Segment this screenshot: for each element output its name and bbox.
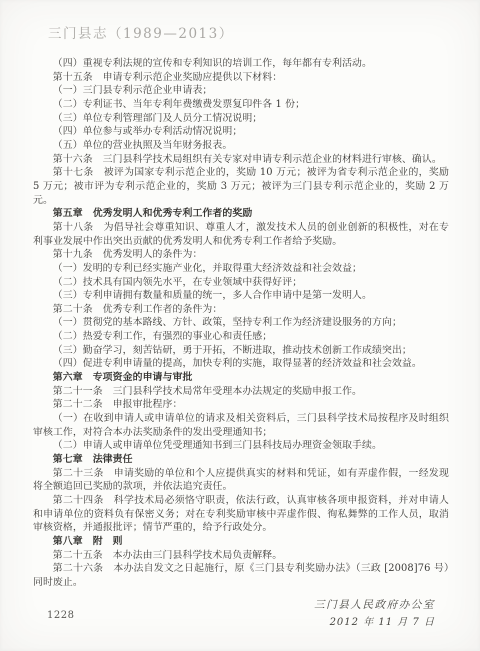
paragraph: （一）在收到申请人或申请单位的请求及相关资料后，三门县科学技术局按程序及时组织审…	[33, 412, 449, 439]
paragraph: （三）专利申请拥有数量和质量的统一，多人合作申请中是第一发明人。	[33, 289, 449, 303]
document-body: （四）重视专利法规的宣传和专利知识的培训工作，每年都有专利活动。第十五条 申请专…	[33, 57, 449, 631]
paragraph: 第二十六条 本办法自发文之日起施行，原《三门县专利奖励办法》（三政 [2008]…	[33, 562, 449, 589]
paragraph: （一）发明的专利已经实施产业化，并取得重大经济效益和社会效益；	[33, 262, 449, 276]
paragraph: （五）单位的营业执照及当年财务报表。	[33, 139, 449, 153]
paragraph: （二）热爱专利工作，有强烈的事业心和责任感；	[33, 330, 449, 344]
book-page: 三门县志（1989—2013） （四）重视专利法规的宣传和专利知识的培训工作，每…	[0, 0, 480, 651]
paragraph: （三）单位专利管理部门及人员分工情况说明；	[33, 112, 449, 126]
paragraph: 第十六条 三门县科学技术局组织有关专家对申请专利示范企业的材料进行审核、确认。	[33, 153, 449, 167]
paragraph: 第二十条 优秀专利工作者的条件为：	[33, 303, 449, 317]
paragraph: 第二十四条 科学技术局必须恪守职责，依法行政，认真审核各项申报资料，并对申请人和…	[33, 494, 449, 535]
paragraph: 第十五条 申请专利示范企业奖励应提供以下材料：	[33, 71, 449, 85]
paragraph: （一）贯彻党的基本路线、方针、政策，坚持专利工作为经济建设服务的方向；	[33, 316, 449, 330]
chapter-heading: 第七章 法律责任	[33, 453, 449, 467]
paragraph: （四）促进专利申请量的提高，加快专利的实施，取得显著的经济效益和社会效益。	[33, 357, 449, 371]
paragraph: 第十八条 为倡导社会尊重知识、尊重人才，激发技术人员的创业创新的积极性，对在专利…	[33, 221, 449, 248]
paragraph: （二）申请人或申请单位凭受理通知书到三门县科技局办理资金领取手续。	[33, 439, 449, 453]
running-header-title: 三门县志（1989—2013）	[48, 22, 234, 42]
paragraph: 第十七条 被评为国家专利示范企业的，奖励 10 万元；被评为省专利示范企业的，奖…	[33, 166, 449, 207]
paragraph: 第十九条 优秀发明人的条件为：	[33, 248, 449, 262]
chapter-heading: 第五章 优秀发明人和优秀专利工作者的奖励	[33, 207, 449, 221]
paragraph: （四）重视专利法规的宣传和专利知识的培训工作，每年都有专利活动。	[33, 57, 449, 71]
paragraph: 第二十三条 申请奖励的单位和个人应提供真实的材料和凭证，如有弄虚作假，一经发现将…	[33, 467, 449, 494]
paragraph: （三）勤奋学习，刻苦钻研，勇于开拓，不断进取，推动技术创新工作成绩突出；	[33, 344, 449, 358]
signature-block: 三门县人民政府办公室2012 年 11 月 7 日	[33, 597, 449, 631]
chapter-heading: 第六章 专项资金的申请与审批	[33, 371, 449, 385]
signature-date: 2012 年 11 月 7 日	[33, 614, 435, 631]
signature-org: 三门县人民政府办公室	[33, 597, 435, 614]
paragraph: 第二十五条 本办法由三门县科学技术局负责解释。	[33, 549, 449, 563]
paragraph: （一）三门县专利示范企业申请表；	[33, 84, 449, 98]
chapter-heading: 第八章 附 则	[33, 535, 449, 549]
page-number: 1228	[47, 610, 74, 621]
paragraph: 第二十一条 三门县科学技术局常年受理本办法规定的奖励申报工作。	[33, 385, 449, 399]
paragraph: （二）技术具有国内领先水平，在专业领域中获得好评；	[33, 276, 449, 290]
paragraph: 第二十二条 申报审批程序：	[33, 398, 449, 412]
paragraph: （二）专利证书、当年专利年费缴费发票复印件各 1 份；	[33, 98, 449, 112]
paragraph: （四）单位参与或举办专利活动情况说明；	[33, 125, 449, 139]
